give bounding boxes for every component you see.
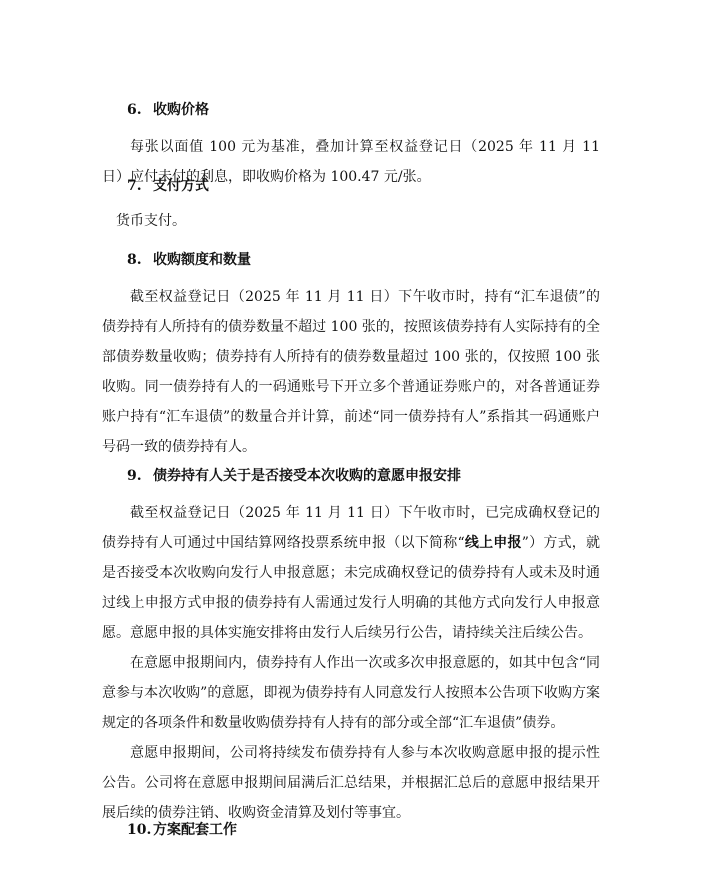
section-title: 支付方式 xyxy=(153,178,209,194)
section-number: 10. xyxy=(127,820,153,840)
paragraph: 货币支付。 xyxy=(102,206,600,236)
section-title: 债券持有人关于是否接受本次收购的意愿申报安排 xyxy=(153,468,461,484)
section-heading-6: 6.收购价格 xyxy=(127,100,209,120)
paragraph: 截至权益登记日（2025 年 11 月 11 日）下午收市时，已完成确权登记的债… xyxy=(102,498,600,648)
section-number: 7. xyxy=(127,176,153,196)
section-title: 收购价格 xyxy=(153,102,209,118)
section-heading-7: 7.支付方式 xyxy=(127,176,209,196)
section-title: 方案配套工作 xyxy=(153,822,237,838)
section-number: 9. xyxy=(127,466,153,486)
section-number: 6. xyxy=(127,100,153,120)
section-heading-8: 8.收购额度和数量 xyxy=(127,250,251,270)
bold-term: 线上申报 xyxy=(465,535,522,551)
section-number: 8. xyxy=(127,250,153,270)
section-heading-9: 9.债券持有人关于是否接受本次收购的意愿申报安排 xyxy=(127,466,461,486)
paragraph: 截至权益登记日（2025 年 11 月 11 日）下午收市时，持有“汇车退债”的… xyxy=(102,282,600,462)
paragraph: 在意愿申报期间内，债券持有人作出一次或多次申报意愿的，如其中包含“同意参与本次收… xyxy=(102,648,600,738)
section-heading-10: 10.方案配套工作 xyxy=(127,820,237,840)
section-title: 收购额度和数量 xyxy=(153,252,251,268)
paragraph: 意愿申报期间，公司将持续发布债券持有人参与本次收购意愿申报的提示性公告。公司将在… xyxy=(102,738,600,828)
